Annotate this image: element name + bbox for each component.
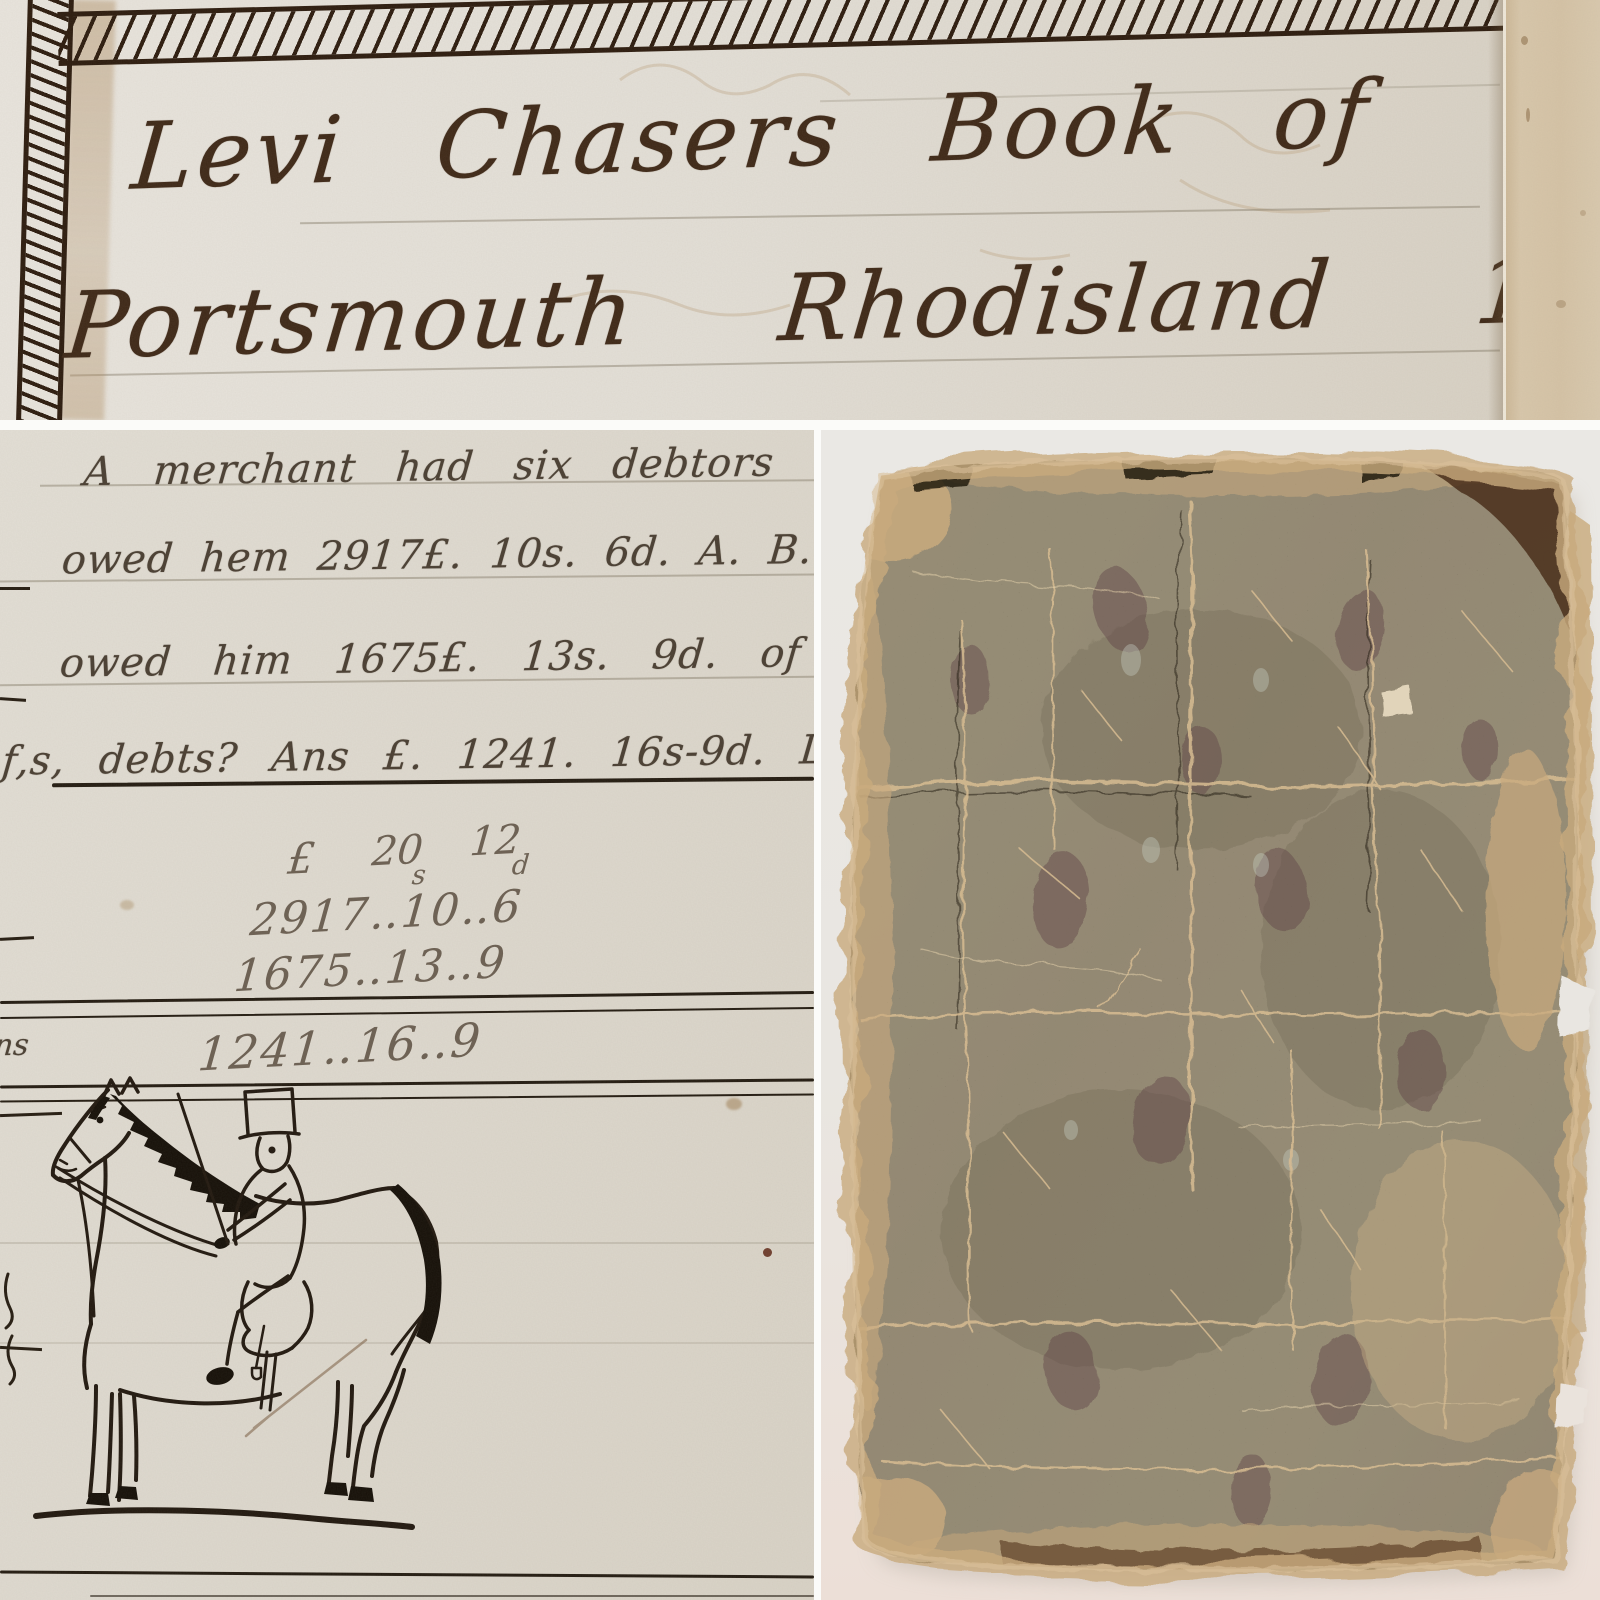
fox-spot: [1521, 36, 1528, 45]
panel-arithmetic-page: A merchant had six debtors who together …: [0, 430, 814, 1600]
problem-line-1: A merchant had six debtors who together: [82, 435, 814, 496]
margin-rule-stub: [0, 587, 30, 590]
panel-title-page: Levi Chasers Book of Portsmouth Rhodisla…: [0, 0, 1600, 420]
page-edge-margin: [1503, 0, 1600, 420]
bottom-rule: [0, 1571, 814, 1579]
fox-spot: [120, 900, 134, 910]
problem-line-4: f,s, debts? Ans £. 1241. 16s-9d. Levi C: [0, 725, 814, 784]
fox-spot: [1556, 300, 1566, 308]
math-result: 1241‥16‥9: [196, 1012, 485, 1081]
panel-book-cover: [821, 430, 1600, 1600]
photo-collage: Levi Chasers Book of Portsmouth Rhodisla…: [0, 0, 1600, 1600]
margin-rule-stub: [0, 936, 34, 941]
math-minuend: 2917‥10‥6: [248, 881, 525, 947]
problem-line-2: owed hem 2917£. 10s. 6d. A. B. C. D. and…: [60, 523, 814, 584]
book-cover-photo: [821, 430, 1600, 1600]
horse-and-rider-drawing: [8, 1076, 568, 1546]
math-pence-unit: d: [511, 849, 531, 881]
bottom-rule: [90, 1595, 814, 1597]
fox-spot: [1526, 108, 1530, 122]
math-subtrahend: 1675‥13‥9: [232, 937, 509, 1003]
fox-spot: [726, 1098, 742, 1110]
ink-spot: [763, 1248, 772, 1257]
page-edge-highlight: [1503, 0, 1506, 420]
margin-text-fragment: ns: [0, 1028, 30, 1064]
fox-spot: [1580, 210, 1586, 216]
margin-rule-stub: [0, 697, 26, 702]
math-pound-sign: £: [286, 833, 317, 884]
